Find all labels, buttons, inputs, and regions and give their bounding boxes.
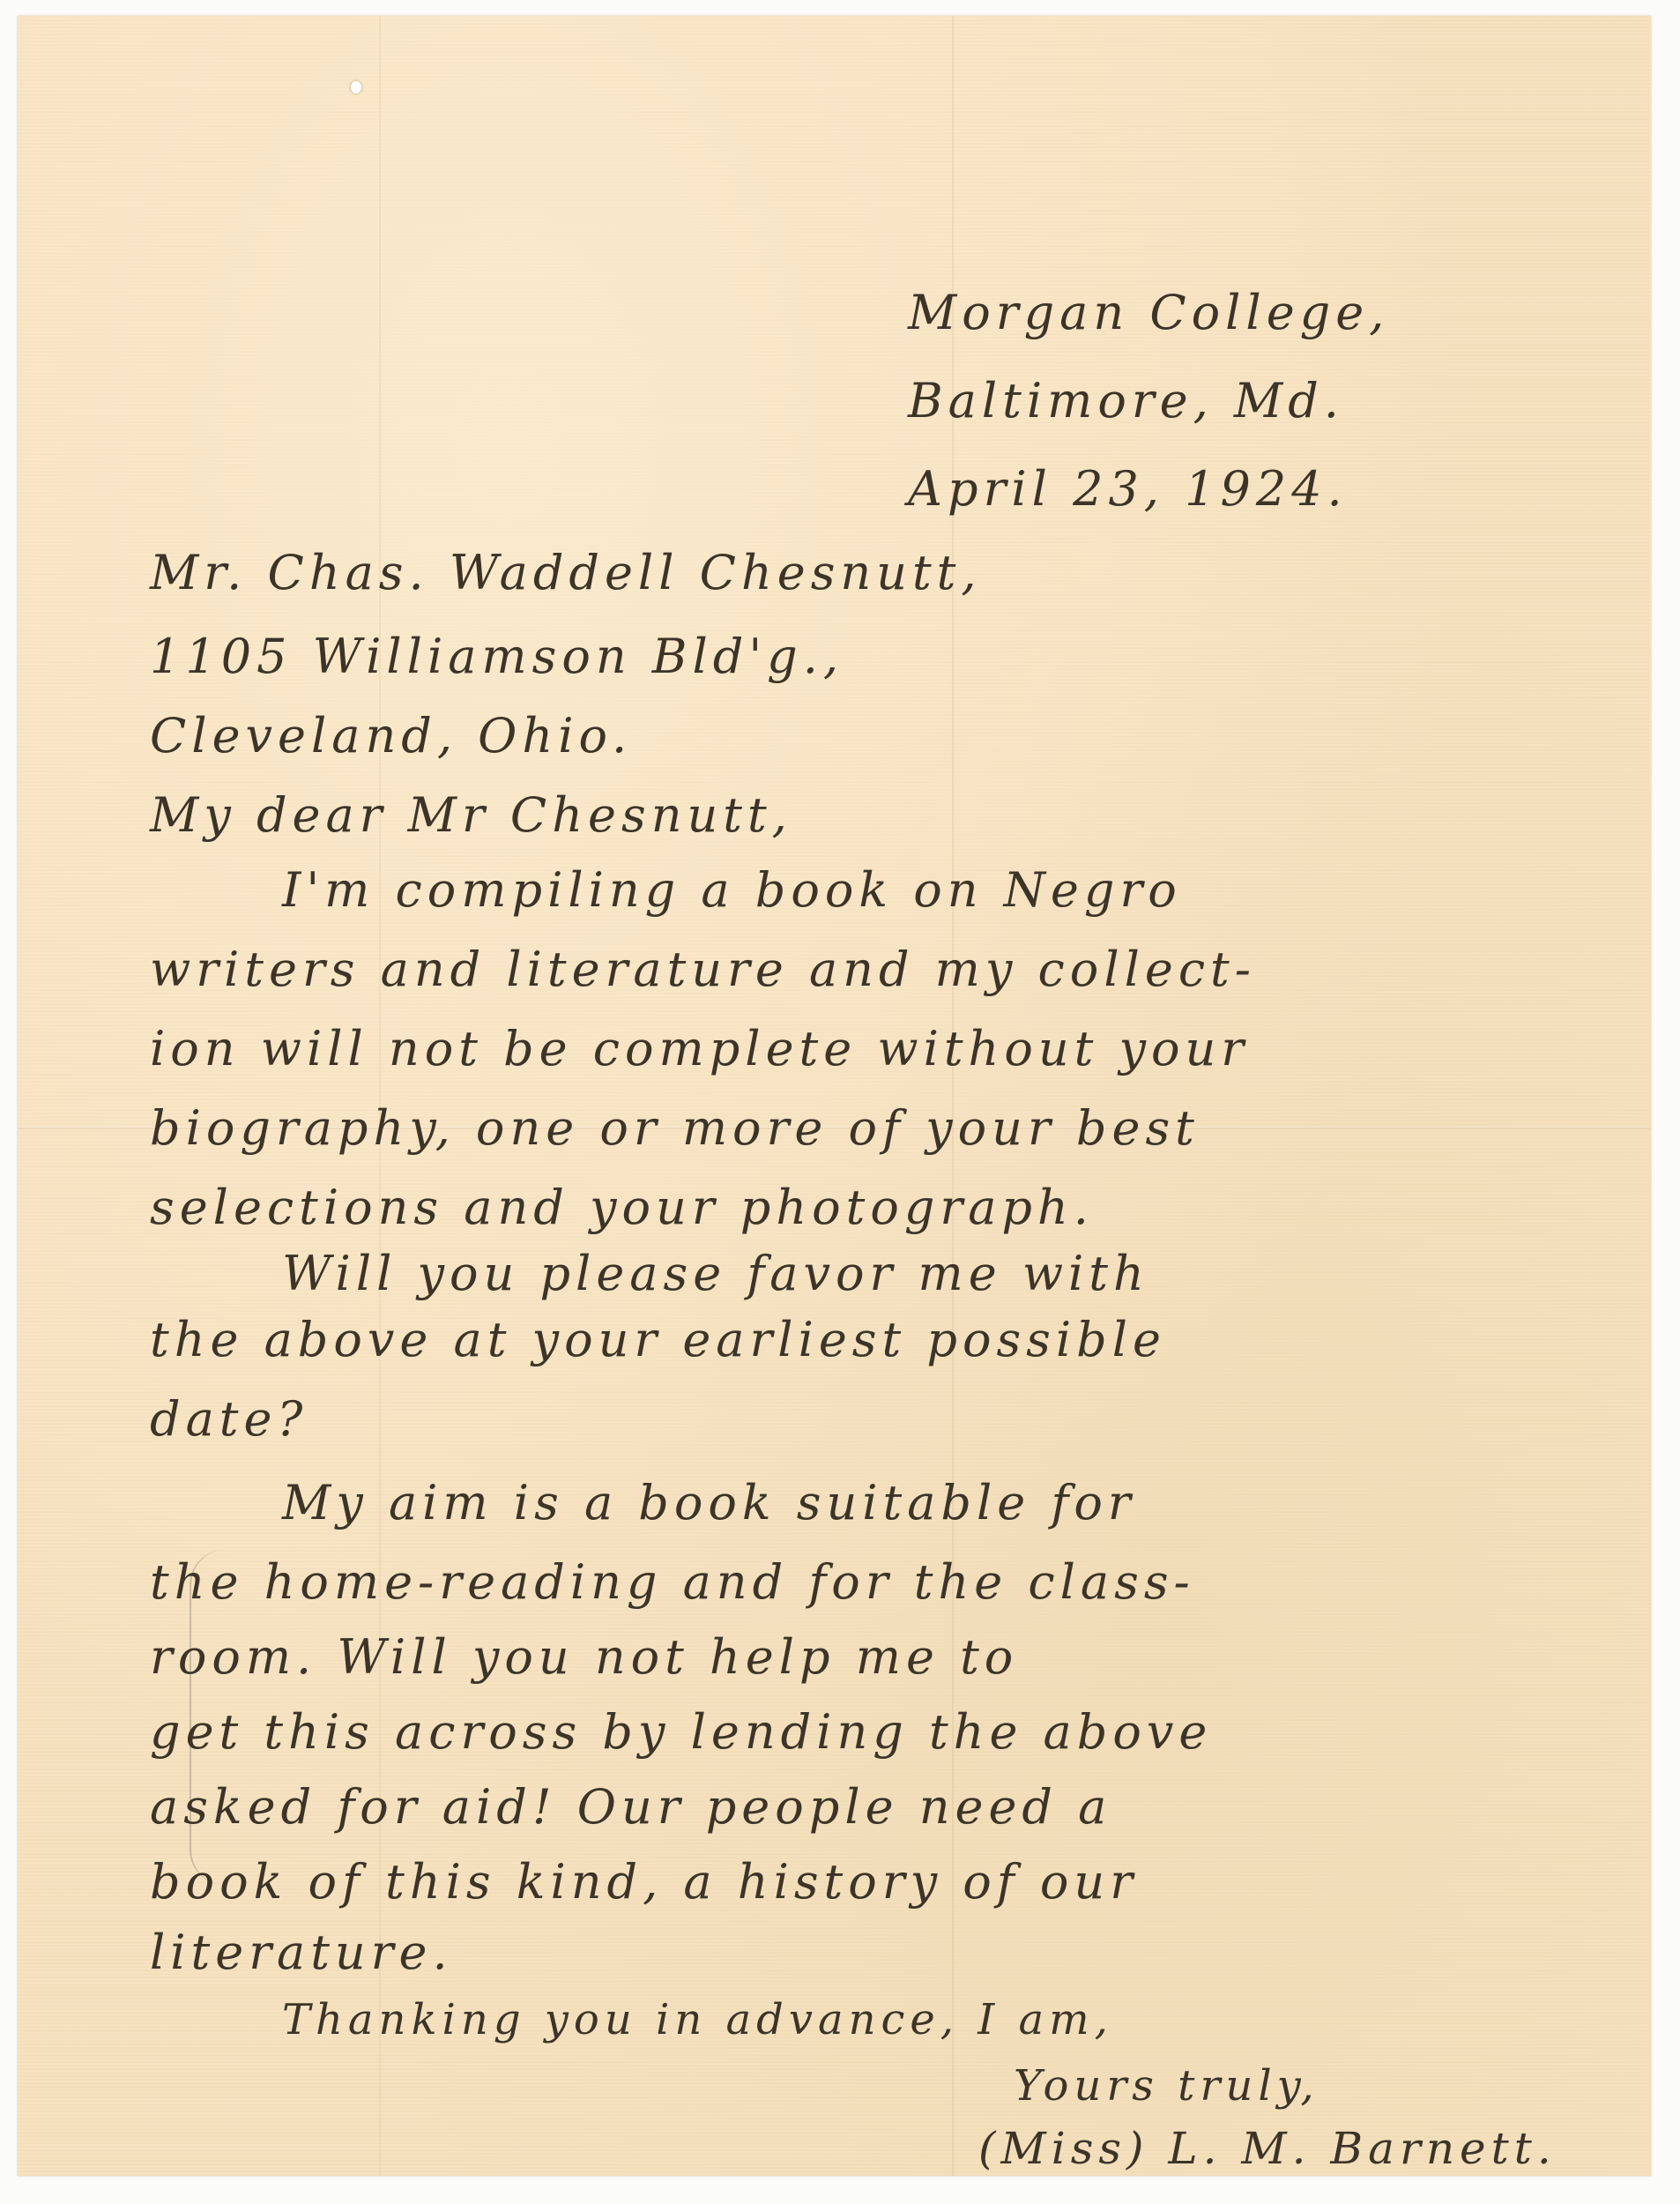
body-line: the above at your earliest possible	[150, 1312, 1166, 1367]
heading-institution: Morgan College,	[908, 285, 1389, 340]
body-line: book of this kind, a history of our	[150, 1854, 1138, 1910]
body-line: room. Will you not help me to	[150, 1629, 1018, 1685]
recipient-city: Cleveland, Ohio.	[150, 708, 632, 763]
body-line: the home-reading and for the class-	[150, 1554, 1195, 1610]
body-line: biography, one or more of your best	[150, 1100, 1200, 1156]
paper-fold-vertical-left	[379, 16, 381, 2176]
body-line: writers and literature and my collect-	[150, 942, 1256, 997]
salutation: My dear Mr Chesnutt,	[150, 787, 792, 843]
body-line: literature.	[150, 1925, 453, 1980]
body-line: I'm compiling a book on Negro	[282, 862, 1182, 918]
heading-date: April 23, 1924.	[908, 461, 1348, 517]
pin-hole	[351, 81, 361, 93]
recipient-name: Mr. Chas. Waddell Chesnutt,	[150, 545, 982, 600]
body-line: selections and your photograph.	[150, 1180, 1094, 1235]
body-line: My aim is a book suitable for	[282, 1475, 1136, 1530]
recipient-street: 1105 Williamson Bld'g.,	[150, 629, 844, 684]
body-line: date?	[150, 1391, 308, 1447]
letter-paper: Morgan College, Baltimore, Md. April 23,…	[18, 16, 1651, 2176]
body-line: Will you please favor me with	[282, 1246, 1149, 1301]
closing-line: Thanking you in advance, I am,	[282, 1995, 1113, 2044]
body-line: asked for aid! Our people need a	[150, 1779, 1111, 1835]
body-line: ion will not be complete without your	[150, 1021, 1249, 1076]
signature: (Miss) L. M. Barnett.	[978, 2123, 1557, 2174]
heading-city: Baltimore, Md.	[908, 373, 1344, 428]
body-line: get this across by lending the above	[150, 1704, 1212, 1760]
valediction: Yours truly,	[1014, 2061, 1319, 2111]
